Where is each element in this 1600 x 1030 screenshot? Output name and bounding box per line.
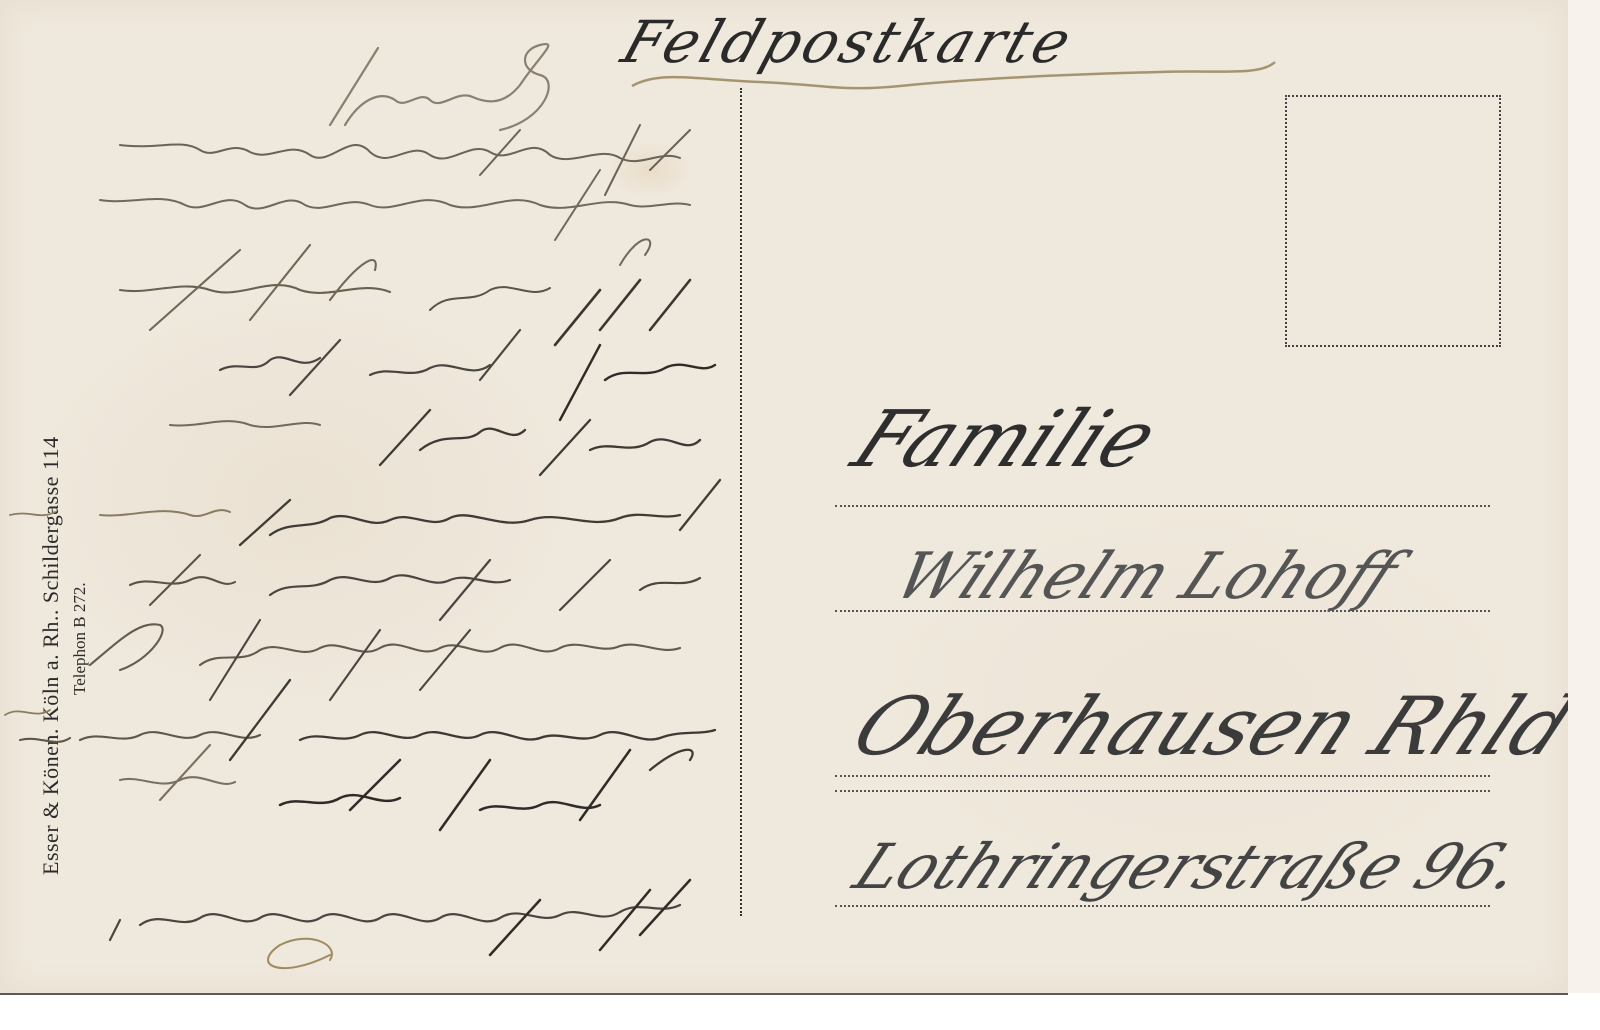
stamp-placeholder-box [1285, 95, 1501, 347]
address-recipient-prefix: Familie [839, 395, 1171, 485]
handwritten-message-upside-down [0, 0, 740, 993]
address-recipient-name: Wilhelm Lohoff [883, 540, 1410, 614]
vertical-divider-dotted [740, 88, 742, 916]
address-line-1 [835, 505, 1490, 507]
address-street: Lothringerstraße 96. [843, 830, 1536, 903]
address-line-3 [835, 775, 1490, 777]
address-line-4 [835, 905, 1490, 907]
postcard: Esser & Könen. Köln a. Rh.. Schildergass… [0, 0, 1568, 995]
scan-margin-right [1568, 0, 1600, 993]
address-city: Oberhausen Rhld [838, 680, 1588, 773]
address-line-3b [835, 790, 1490, 792]
